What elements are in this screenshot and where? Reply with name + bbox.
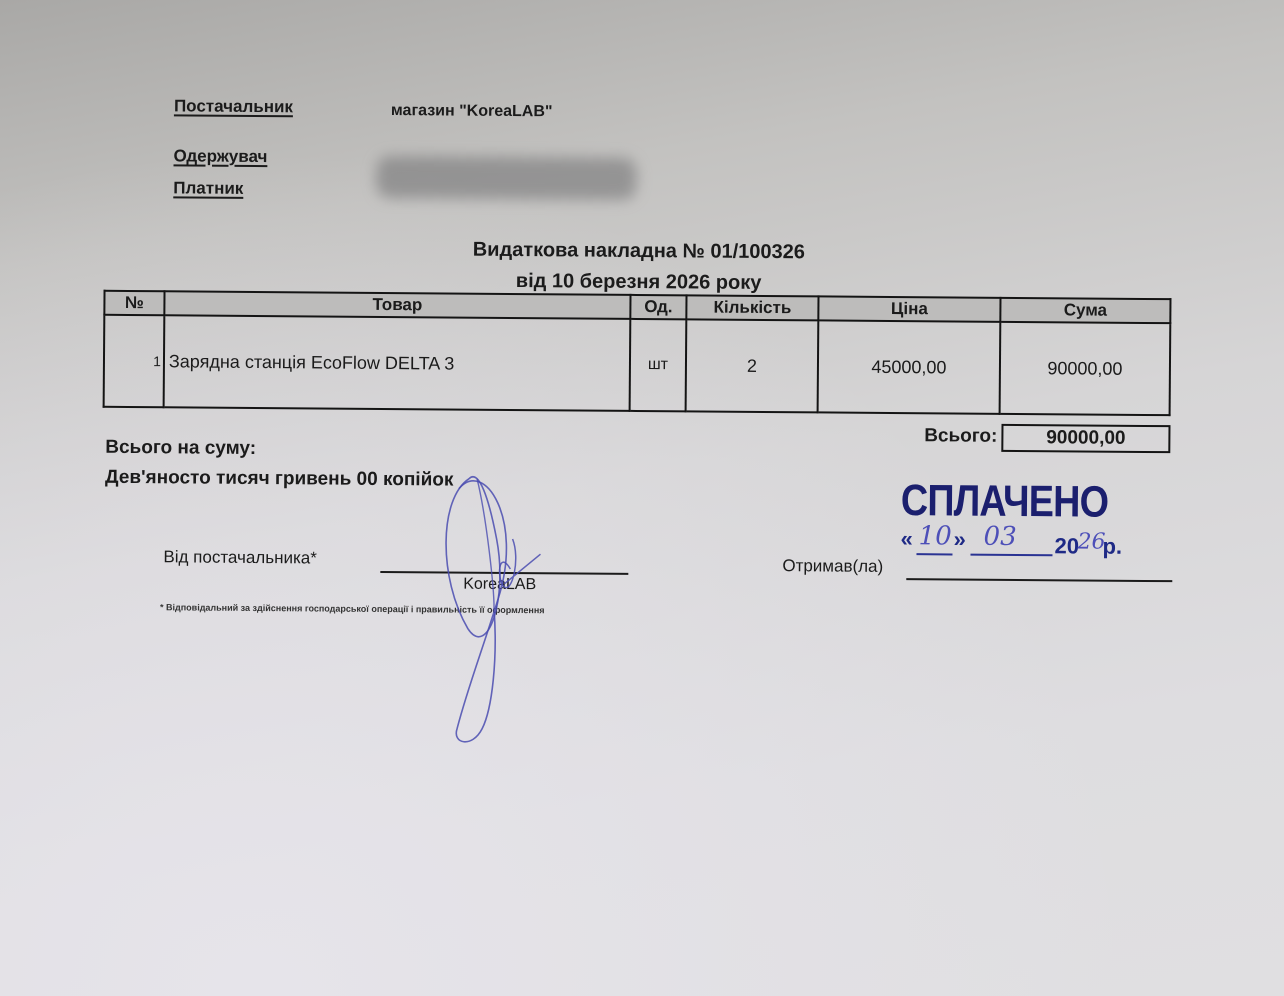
recipient-label: Одержувач xyxy=(174,146,268,167)
receiver-signature-line xyxy=(906,578,1172,582)
stamp-quote-close-icon: » xyxy=(953,526,965,552)
stamp-month-underline xyxy=(970,554,1052,557)
col-header-item: Товар xyxy=(164,291,630,319)
handwritten-signature-icon xyxy=(427,458,569,749)
stamp-year-prefix: 20 xyxy=(1054,533,1079,559)
redacted-recipient-payer xyxy=(376,156,636,200)
title-line-1: Видаткова накладна № 01/100326 xyxy=(389,234,889,269)
cell-item: Зарядна станція EcoFlow DELTA 3 xyxy=(164,315,631,411)
stamp-day: 10 xyxy=(919,521,952,551)
stamp-day-underline xyxy=(916,553,952,555)
document-title: Видаткова накладна № 01/100326 від 10 бе… xyxy=(388,234,888,300)
total-value: 90000,00 xyxy=(1001,424,1170,453)
cell-sum: 90000,00 xyxy=(1000,322,1171,415)
stamp-month: 03 xyxy=(984,522,1017,552)
supplier-value: магазин "KoreaLAB" xyxy=(391,102,553,121)
receiver-signature-label: Отримав(ла) xyxy=(782,556,883,577)
col-header-qty: Кількість xyxy=(686,295,818,320)
col-header-unit: Од. xyxy=(630,295,686,319)
paid-stamp: СПЛАЧЕНО xyxy=(901,476,1109,528)
col-header-price: Ціна xyxy=(818,296,1000,321)
cell-qty: 2 xyxy=(686,319,819,412)
cell-unit: шт xyxy=(630,319,687,411)
invoice-table: № Товар Од. Кількість Ціна Сума 1 Зарядн… xyxy=(103,290,1172,416)
col-header-no: № xyxy=(104,291,164,315)
cell-price: 45000,00 xyxy=(818,320,1001,413)
payer-label: Платник xyxy=(173,178,243,199)
stamp-quote-open-icon: « xyxy=(900,526,912,552)
supplier-label: Постачальник xyxy=(174,96,293,117)
total-label: Всього: xyxy=(899,423,997,450)
supplier-signature-label: Від постачальника* xyxy=(163,547,317,568)
stamp-year-hand: 26 xyxy=(1077,529,1105,554)
invoice-sheet: Постачальник магазин "KoreaLAB" Одержува… xyxy=(0,0,1284,996)
cell-no: 1 xyxy=(104,315,165,407)
table-row: 1 Зарядна станція EcoFlow DELTA 3 шт 2 4… xyxy=(104,315,1171,415)
stamp-date: « 10 » 03 20 26 р. xyxy=(3,0,1284,5)
amount-in-words-label: Всього на суму: xyxy=(105,437,256,460)
amount-in-words-value: Дев'яносто тисяч гривень 00 копійок xyxy=(105,467,454,492)
stamp-year-suffix: р. xyxy=(1102,534,1122,560)
col-header-sum: Сума xyxy=(1000,298,1170,323)
